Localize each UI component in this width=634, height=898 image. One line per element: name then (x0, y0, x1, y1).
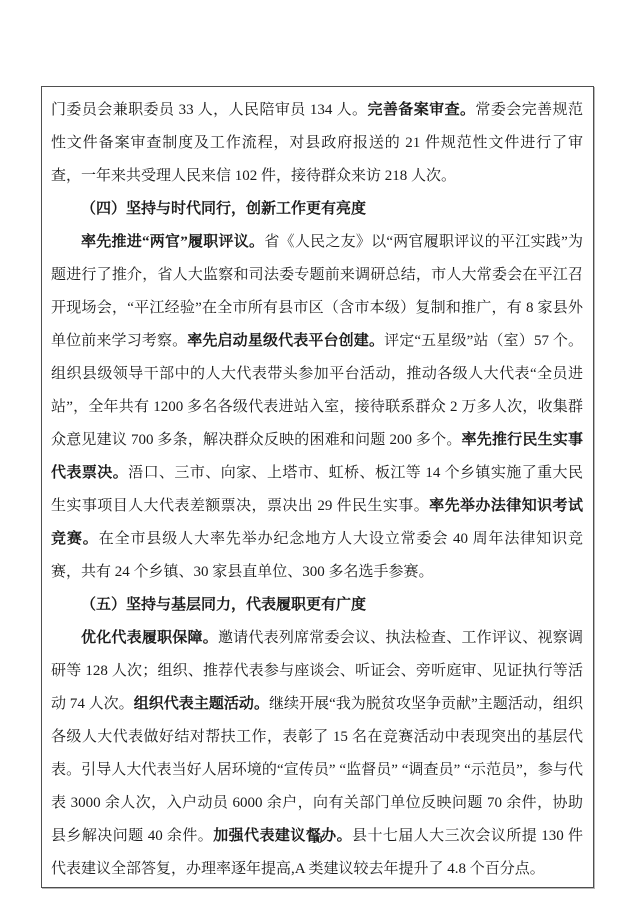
bold-run: 优化代表履职保障。 (81, 630, 218, 646)
text-border-frame: 门委员会兼职委员 33 人，人民陪审员 134 人。完善备案审查。常委会完善规范… (41, 86, 594, 888)
document-page: 门委员会兼职委员 33 人，人民陪审员 134 人。完善备案审查。常委会完善规范… (0, 0, 634, 898)
section-heading-4: （四）坚持与时代同行，创新工作更有亮度 (51, 193, 583, 226)
paragraph-section-5: 优化代表履职保障。邀请代表列席常委会议、执法检查、工作评议、视察调研等 128 … (51, 622, 583, 886)
body-text: 省《人民之友》以“两官履职评议的平江实践”为题进行了推介，省人大监察和司法委专题… (51, 234, 583, 349)
heading-text: （四）坚持与时代同行，创新工作更有亮度 (81, 201, 366, 217)
bold-run: 率先启动星级代表平台创建。 (187, 333, 384, 349)
heading-text: （五）坚持与基层同力，代表履职更有广度 (81, 597, 366, 613)
paragraph-section-4: 率先推进“两官”履职评议。省《人民之友》以“两官履职评议的平江实践”为题进行了推… (51, 226, 583, 589)
bold-run: 组织代表主题活动。 (134, 696, 269, 712)
body-text: 继续开展“我为脱贫攻坚争贡献”主题活动，组织各级人大代表做好结对帮扶工作，表彰了… (51, 696, 583, 844)
section-heading-5: （五）坚持与基层同力，代表履职更有广度 (51, 589, 583, 622)
body-text: 门委员会兼职委员 33 人，人民陪审员 134 人。 (51, 102, 367, 118)
body-text: 在全市县级人大率先举办纪念地方人大设立常委会 40 周年法律知识竞赛，共有 24… (51, 531, 583, 580)
paragraph-continuation: 门委员会兼职委员 33 人，人民陪审员 134 人。完善备案审查。常委会完善规范… (51, 94, 583, 193)
page-number: 10 (0, 834, 634, 846)
body-text: 评定“五星级”站（室）57 个。组织县级领导干部中的人大代表带头参加平台活动，推… (51, 333, 583, 448)
bold-run: 率先推进“两官”履职评议。 (81, 234, 264, 250)
bold-run: 完善备案审查。 (367, 102, 475, 118)
